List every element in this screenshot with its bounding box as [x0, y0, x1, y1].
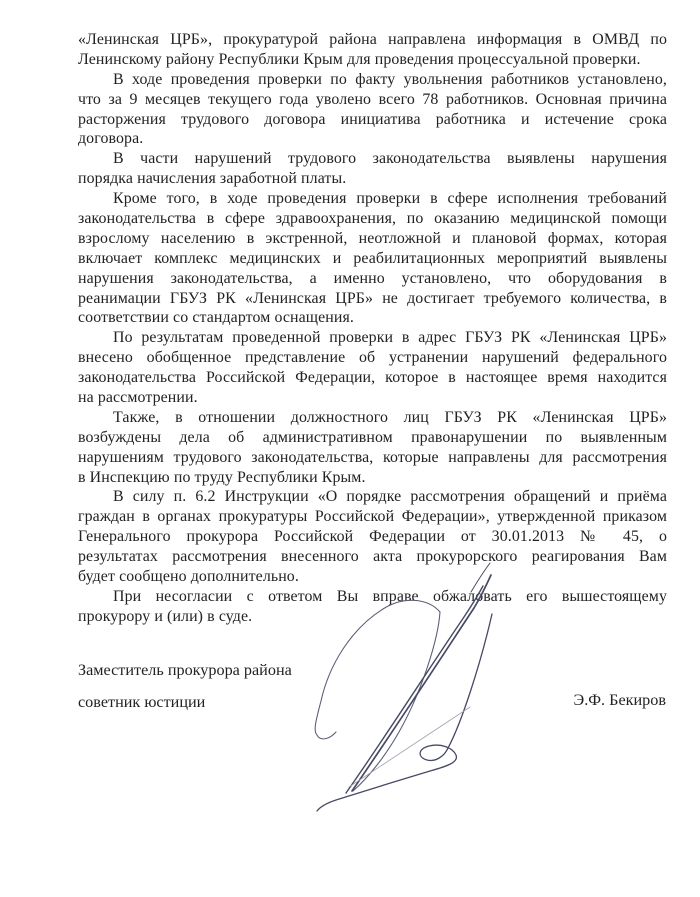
- text-line: Генерального прокурора Российской Федера…: [78, 527, 667, 547]
- text-line: По результатам проведенной проверки в ад…: [78, 328, 667, 348]
- text-line: на рассмотрении.: [78, 388, 667, 408]
- body-text: «Ленинская ЦРБ», прокуратурой района нап…: [78, 30, 667, 627]
- text-line: «Ленинская ЦРБ», прокуратурой района нап…: [78, 30, 667, 50]
- paragraph: При несогласии с ответом Вы вправе обжал…: [78, 587, 667, 627]
- text-line: В ходе проведения проверки по факту увол…: [78, 70, 667, 90]
- text-line: результатах рассмотрения внесенного акта…: [78, 547, 667, 567]
- text-line: граждан в органах прокуратуры Российской…: [78, 507, 667, 527]
- text-line: реанимации ГБУЗ РК «Ленинская ЦРБ» не до…: [78, 289, 667, 309]
- text-line: При несогласии с ответом Вы вправе обжал…: [78, 587, 667, 607]
- text-line: возбуждены дела об административном прав…: [78, 428, 667, 448]
- signer-name: Э.Ф. Бекиров: [574, 691, 666, 710]
- paragraph: «Ленинская ЦРБ», прокуратурой района нап…: [78, 30, 667, 70]
- text-line: Кроме того, в ходе проведения проверки в…: [78, 189, 667, 209]
- text-line: внесено обобщенное представление об устр…: [78, 348, 667, 368]
- text-line: что за 9 месяцев текущего года уволено в…: [78, 90, 667, 110]
- text-line: прокурору и (или) в суде.: [78, 607, 667, 627]
- text-line: расторжения трудового договора инициатив…: [78, 110, 667, 130]
- text-line: Также, в отношении должностного лиц ГБУЗ…: [78, 408, 667, 428]
- text-line: взрослому населению в экстренной, неотло…: [78, 229, 667, 249]
- text-line: включает комплекс медицинских и реабилит…: [78, 249, 667, 269]
- text-line: нарушения законодательства, а именно уст…: [78, 269, 667, 289]
- paragraph: В силу п. 6.2 Инструкции «О порядке расс…: [78, 487, 667, 586]
- document-page: «Ленинская ЦРБ», прокуратурой района нап…: [0, 0, 700, 897]
- text-line: законодательства Российской Федерации, к…: [78, 368, 667, 388]
- text-line: В силу п. 6.2 Инструкции «О порядке расс…: [78, 487, 667, 507]
- closing-row: советник юстиции Э.Ф. Бекиров: [78, 693, 667, 712]
- signer-position-line1: Заместитель прокурора района: [78, 661, 667, 680]
- paragraph: В части нарушений трудового законодатель…: [78, 149, 667, 189]
- text-line: договора.: [78, 129, 667, 149]
- paragraph: Кроме того, в ходе проведения проверки в…: [78, 189, 667, 328]
- paragraph: По результатам проведенной проверки в ад…: [78, 328, 667, 408]
- paragraph: В ходе проведения проверки по факту увол…: [78, 70, 667, 150]
- text-line: Ленинскому району Республики Крым для пр…: [78, 50, 667, 70]
- signer-position-line2: советник юстиции: [78, 693, 205, 711]
- text-line: в Инспекцию по труду Республики Крым.: [78, 468, 667, 488]
- text-line: законодательства в сфере здравоохранения…: [78, 209, 667, 229]
- text-line: В части нарушений трудового законодатель…: [78, 149, 667, 169]
- paragraph: Также, в отношении должностного лиц ГБУЗ…: [78, 408, 667, 488]
- text-line: будет сообщено дополнительно.: [78, 567, 667, 587]
- text-line: порядка начисления заработной платы.: [78, 169, 667, 189]
- text-line: нарушениям трудового законодательства, к…: [78, 448, 667, 468]
- text-line: соответствии со стандартом оснащения.: [78, 308, 667, 328]
